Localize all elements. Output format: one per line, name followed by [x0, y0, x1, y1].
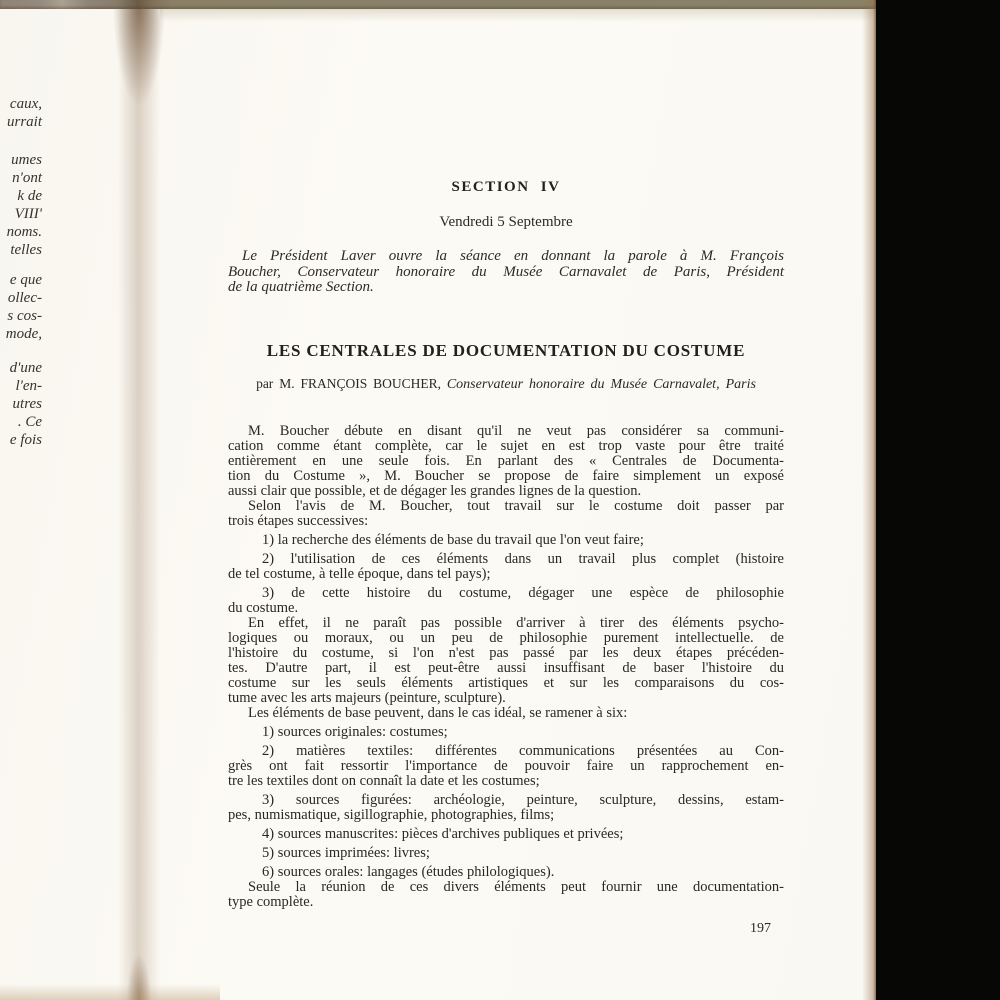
intro-line: Le Président Laver ouvre la séance en do… — [228, 249, 784, 265]
gutter-shadow-top — [104, 0, 174, 180]
left-page-fragment: k de — [17, 188, 42, 205]
left-page-fragment: noms. — [7, 224, 42, 241]
left-page-fragment: VIII' — [15, 206, 42, 223]
body-line: tes. D'autre part, il est peut-être auss… — [228, 661, 784, 676]
photo-background — [876, 0, 1000, 1000]
left-page-fragment: e que — [10, 272, 42, 289]
intro-paragraph: Le Président Laver ouvre la séance en do… — [228, 249, 784, 296]
body-line: grès ont fait ressortir l'importance de … — [228, 759, 784, 774]
intro-line: Boucher, Conservateur honoraire du Musée… — [228, 265, 784, 281]
left-page-fragment: umes — [11, 152, 42, 169]
body-line: 6) sources orales: langages (études phil… — [228, 865, 784, 880]
left-page-fragment: . Ce — [18, 414, 42, 431]
left-page-fragment: mode, — [6, 326, 42, 343]
book-scan-photo: caux,urraitumesn'ontk deVIII'noms.telles… — [0, 0, 1000, 1000]
body-line: entièrement en une seule fois. En parlan… — [228, 454, 784, 469]
body-line: Seule la réunion de ces divers éléments … — [228, 880, 784, 895]
body-line: 1) sources originales: costumes; — [228, 725, 784, 740]
left-page-edge: caux,urraitumesn'ontk deVIII'noms.telles… — [0, 0, 46, 1000]
body-line: type complète. — [228, 895, 784, 910]
section-heading: SECTION IV — [228, 179, 784, 196]
left-page-fragment: telles — [10, 242, 42, 259]
left-page-fragment: e fois — [10, 432, 42, 449]
body-line: du costume. — [228, 601, 784, 616]
intro-line: de la quatrième Section. — [228, 280, 784, 296]
body-line: trois étapes successives: — [228, 514, 784, 529]
left-page-fragment: l'en- — [15, 378, 42, 395]
byline: par M. FRANÇOIS BOUCHER, Conservateur ho… — [228, 376, 784, 393]
body-line: 3) sources figurées: archéologie, peintu… — [228, 793, 784, 808]
body-line: l'histoire du costume, si l'on n'est pas… — [228, 646, 784, 661]
body-line: 2) matières textiles: différentes commun… — [228, 744, 784, 759]
body-line: 5) sources imprimées: livres; — [228, 846, 784, 861]
bottom-left-shadow — [0, 984, 220, 1000]
body-line: 2) l'utilisation de ces éléments dans un… — [228, 552, 784, 567]
body-line: En effet, il ne paraît pas possible d'ar… — [228, 616, 784, 631]
body-line: 1) la recherche des éléments de base du … — [228, 533, 784, 548]
body-line: M. Boucher débute en disant qu'il ne veu… — [228, 424, 784, 439]
left-page-fragment: s cos- — [7, 308, 42, 325]
left-page-fragment: utres — [13, 396, 42, 413]
body-line: costume sur les seuls éléments artistiqu… — [228, 676, 784, 691]
body-line: cation comme étant complète, car le suje… — [228, 439, 784, 454]
byline-prefix: par — [256, 376, 273, 391]
body-line: 3) de cette histoire du costume, dégager… — [228, 586, 784, 601]
body-line: tume avec les arts majeurs (peinture, sc… — [228, 691, 784, 706]
byline-author: M. FRANÇOIS BOUCHER, — [279, 376, 441, 391]
body-line: aussi clair que possible, et de dégager … — [228, 484, 784, 499]
left-page-fragment: urrait — [7, 114, 42, 131]
date-line: Vendredi 5 Septembre — [228, 214, 784, 231]
body-line: 4) sources manuscrites: pièces d'archive… — [228, 827, 784, 842]
left-page-fragment: n'ont — [12, 170, 42, 187]
byline-role: Conservateur honoraire du Musée Carnaval… — [447, 377, 756, 392]
page-content: SECTION IV Vendredi 5 Septembre Le Prési… — [228, 0, 784, 1000]
paper-title: LES CENTRALES DE DOCUMENTATION DU COSTUM… — [228, 341, 784, 361]
body-text: M. Boucher débute en disant qu'il ne veu… — [228, 424, 784, 910]
page-number: 197 — [750, 921, 771, 937]
body-line: de tel costume, à telle époque, dans tel… — [228, 567, 784, 582]
body-line: pes, numismatique, sigillographie, photo… — [228, 808, 784, 823]
left-page-fragment: d'une — [10, 360, 42, 377]
left-page-fragment: ollec- — [8, 290, 42, 307]
body-line: tion du Costume », M. Boucher se propose… — [228, 469, 784, 484]
page-right-edge — [862, 0, 876, 1000]
body-line: Selon l'avis de M. Boucher, tout travail… — [228, 499, 784, 514]
body-line: tre les textiles dont on connaît la date… — [228, 774, 784, 789]
body-line: Les éléments de base peuvent, dans le ca… — [228, 706, 784, 721]
left-page-fragment: caux, — [10, 96, 42, 113]
body-line: logiques ou moraux, ou un peu de philoso… — [228, 631, 784, 646]
